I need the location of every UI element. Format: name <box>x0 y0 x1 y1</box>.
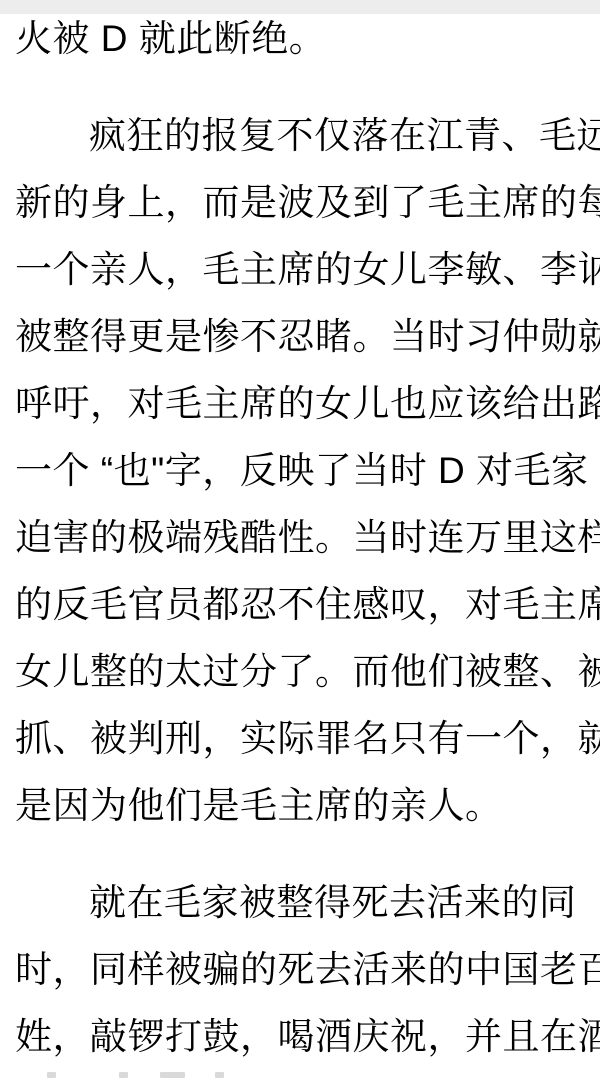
article-body: 火被 D 就此断绝。 疯狂的报复不仅落在江青、毛远 新的身上，而是波及到了毛主席… <box>0 5 600 1070</box>
cutoff-next-line <box>0 1072 600 1080</box>
text-line: 火被 D 就此断绝。 <box>15 5 585 72</box>
text-line: 女儿整的太过分了。而他们被整、被 <box>15 638 585 705</box>
text-line: 一个 “也"字，反映了当时 D 对毛家 <box>15 437 585 504</box>
cutoff-glyph-fragment <box>119 1072 128 1078</box>
text-line: 呼吁，对毛主席的女儿也应该给出路。 <box>15 370 585 437</box>
text-line: 时，同样被骗的死去活来的中国老百 <box>15 936 585 1003</box>
text-line: 姓，敲锣打鼓，喝酒庆祝，并且在酒 <box>15 1003 585 1070</box>
text-line: 新的身上，而是波及到了毛主席的每 <box>15 169 585 236</box>
text-line: 的反毛官员都忍不住感叹，对毛主席 <box>15 571 585 638</box>
cutoff-glyph-fragment <box>47 1072 56 1078</box>
text-line-paragraph-start: 就在毛家被整得死去活来的同 <box>15 869 585 936</box>
text-line: 被整得更是惨不忍睹。当时习仲勋就 <box>15 303 585 370</box>
cutoff-glyph-fragment <box>160 1072 185 1078</box>
cutoff-glyph-fragment <box>215 1072 224 1078</box>
reader-page: { "app": { "background_color": "#ffffff"… <box>0 0 600 1088</box>
text-line: 是因为他们是毛主席的亲人。 <box>15 772 585 839</box>
text-line: 一个亲人，毛主席的女儿李敏、李讷 <box>15 236 585 303</box>
text-line-paragraph-start: 疯狂的报复不仅落在江青、毛远 <box>15 102 585 169</box>
text-line: 迫害的极端残酷性。当时连万里这样 <box>15 504 585 571</box>
text-line: 抓、被判刑，实际罪名只有一个，就 <box>15 705 585 772</box>
